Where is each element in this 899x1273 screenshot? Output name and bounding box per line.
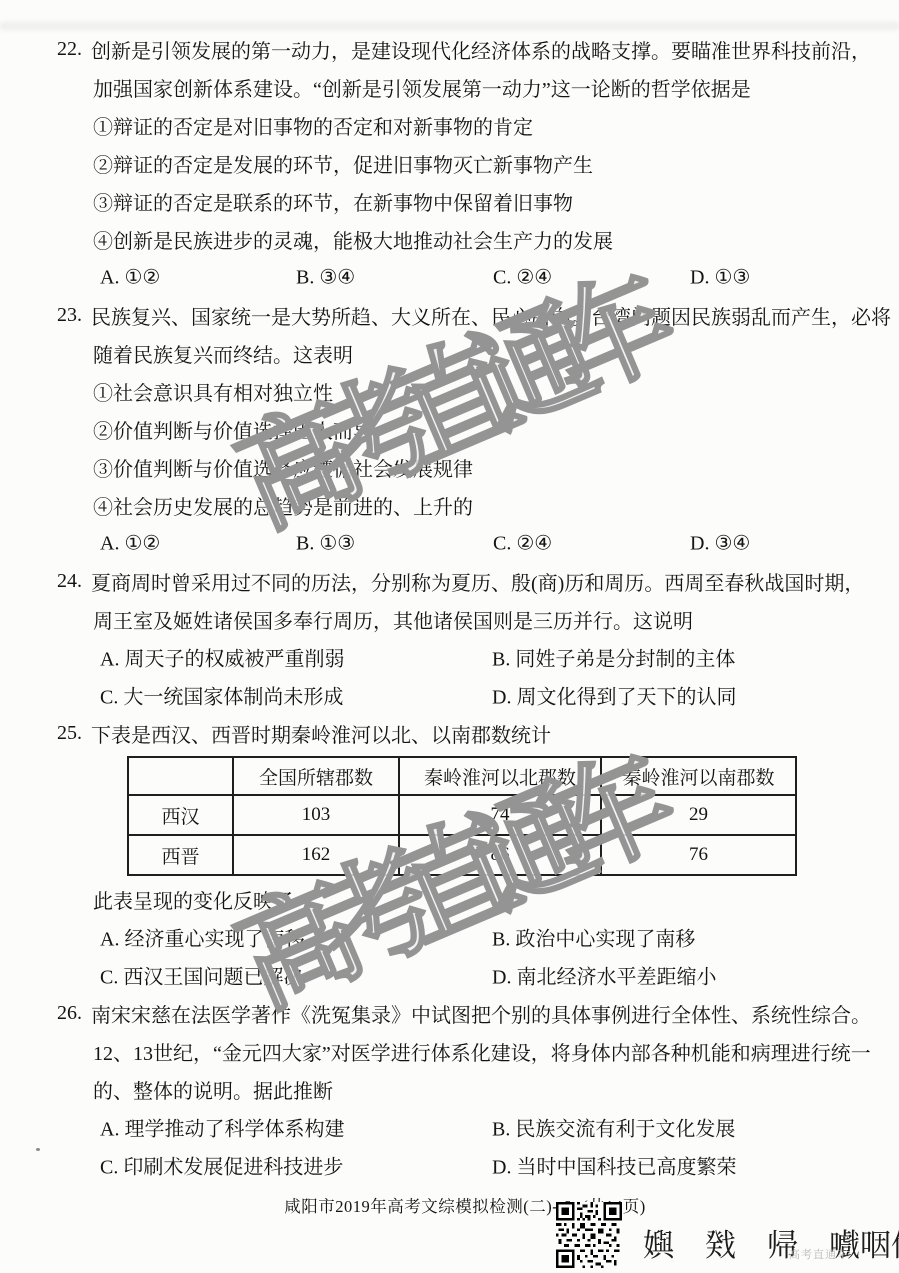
question-24: 24. 夏商周时曾采用过不同的历法，分别称为夏历、殷(商)历和周历。西周至春秋战… — [57, 562, 873, 714]
stem-line: 周王室及姬姓诸侯国多奉行周历，其他诸侯国则是三历并行。这说明 — [57, 600, 873, 638]
option-d: D. ③④ — [690, 531, 750, 556]
options-row: A. 经济重心实现了南移 B. 政治中心实现了南移 — [57, 918, 873, 956]
exam-page: 22. 创新是引领发展的第一动力，是建设现代化经济体系的战略支撑。要瞄准世界科技… — [0, 0, 899, 1273]
option-b: B. 民族交流有利于文化发展 — [492, 1113, 735, 1142]
qr-caption-text: 嬩 戣 帰 嚱咽伇㓹 — [643, 1220, 899, 1265]
stem-line: 此表呈现的变化反映了 — [57, 880, 873, 918]
option-c: C. ②④ — [493, 531, 552, 556]
option-d: D. 周文化得到了天下的认同 — [492, 681, 736, 710]
stem-line: 南宋宋慈在法医学著作《洗冤集录》中试图把个别的具体事例进行全体性、系统性综合。 — [91, 999, 871, 1028]
option-d: D. ①③ — [690, 265, 750, 290]
option-a: A. ①② — [100, 531, 160, 556]
table-header-cell: 全国所辖郡数 — [233, 757, 399, 795]
table-cell: 103 — [233, 795, 399, 835]
question-stem-row: 25. 下表是西汉、西晋时期秦岭淮河以北、以南郡数统计 — [57, 714, 873, 752]
option-c: C. 大一统国家体制尚未形成 — [100, 681, 343, 710]
table-row: 西汉 103 74 29 — [128, 795, 796, 835]
table-cell: 29 — [601, 795, 796, 835]
question-stem-row: 23. 民族复兴、国家统一是大势所趋、大义所在、民心所向。台湾问题因民族弱乱而产… — [57, 296, 873, 334]
option-a: A. 理学推动了科学体系构建 — [100, 1113, 344, 1142]
option-b: B. 同姓子弟是分封制的主体 — [492, 643, 735, 672]
table-cell: 76 — [601, 835, 796, 875]
options-row: A. ①② B. ①③ C. ②④ D. ③④ — [57, 524, 873, 562]
table-row: 西晋 162 86 76 — [128, 835, 796, 875]
stem-line: 随着民族复兴而终结。这表明 — [57, 334, 873, 372]
table-cell: 86 — [399, 835, 601, 875]
options-row: C. 大一统国家体制尚未形成 D. 周文化得到了天下的认同 — [57, 676, 873, 714]
stem-line: 夏商周时曾采用过不同的历法，分别称为夏历、殷(商)历和周历。西周至春秋战国时期， — [91, 567, 864, 596]
question-number: 24. — [57, 570, 91, 593]
options-row: A. 周天子的权威被严重削弱 B. 同姓子弟是分封制的主体 — [57, 638, 873, 676]
page-footer: 咸阳市2019年高考文综模拟检测(二)- 6 -(共14页) — [57, 1190, 873, 1220]
option-a: A. ①② — [100, 265, 160, 290]
option-b: B. 政治中心实现了南移 — [492, 923, 695, 952]
item-line: ④创新是民族进步的灵魂，能极大地推动社会生产力的发展 — [57, 220, 873, 258]
page-content: 22. 创新是引领发展的第一动力，是建设现代化经济体系的战略支撑。要瞄准世界科技… — [0, 0, 899, 1220]
stem-line: 加强国家创新体系建设。“创新是引领发展第一动力”这一论断的哲学依据是 — [57, 68, 873, 106]
question-22: 22. 创新是引领发展的第一动力，是建设现代化经济体系的战略支撑。要瞄准世界科技… — [57, 30, 873, 296]
question-number: 25. — [57, 722, 91, 745]
table-header-cell: 秦岭淮河以北郡数 — [399, 757, 601, 795]
stem-line: 12、13世纪，“金元四大家”对医学进行体系化建设，将身体内部各种机能和病理进行… — [57, 1032, 873, 1070]
option-a: A. 经济重心实现了南移 — [100, 923, 304, 952]
table-cell: 西晋 — [128, 835, 233, 875]
stem-line: 下表是西汉、西晋时期秦岭淮河以北、以南郡数统计 — [91, 719, 551, 748]
question-number: 26. — [57, 1002, 91, 1025]
question-stem-row: 24. 夏商周时曾采用过不同的历法，分别称为夏历、殷(商)历和周历。西周至春秋战… — [57, 562, 873, 600]
table-header-row: 全国所辖郡数 秦岭淮河以北郡数 秦岭淮河以南郡数 — [128, 757, 796, 795]
options-row: A. 理学推动了科学体系构建 B. 民族交流有利于文化发展 — [57, 1108, 873, 1146]
item-line: ④社会历史发展的总趋势是前进的、上升的 — [57, 486, 873, 524]
item-line: ①社会意识具有相对独立性 — [57, 372, 873, 410]
option-b: B. ③④ — [296, 265, 355, 290]
option-d: D. 南北经济水平差距缩小 — [492, 961, 716, 990]
options-row: C. 印刷术发展促进科技进步 D. 当时中国科技已高度繁荣 — [57, 1146, 873, 1184]
table-header-cell — [128, 757, 233, 795]
stem-line: 创新是引领发展的第一动力，是建设现代化经济体系的战略支撑。要瞄准世界科技前沿， — [91, 35, 871, 64]
option-d: D. 当时中国科技已高度繁荣 — [492, 1151, 736, 1180]
question-number: 22. — [57, 38, 91, 61]
qr-code-icon — [556, 1202, 622, 1268]
stem-line: 的、整体的说明。据此推断 — [57, 1070, 873, 1108]
commandery-statistics-table: 全国所辖郡数 秦岭淮河以北郡数 秦岭淮河以南郡数 西汉 103 74 29 西晋… — [127, 756, 797, 876]
item-line: ③价值判断与价值选择应遵循社会发展规律 — [57, 448, 873, 486]
question-number: 23. — [57, 304, 91, 327]
question-26: 26. 南宋宋慈在法医学著作《洗冤集录》中试图把个别的具体事例进行全体性、系统性… — [57, 994, 873, 1184]
question-stem-row: 22. 创新是引领发展的第一动力，是建设现代化经济体系的战略支撑。要瞄准世界科技… — [57, 30, 873, 68]
table-cell: 西汉 — [128, 795, 233, 835]
options-row: C. 西汉王国问题已解决 D. 南北经济水平差距缩小 — [57, 956, 873, 994]
question-23: 23. 民族复兴、国家统一是大势所趋、大义所在、民心所向。台湾问题因民族弱乱而产… — [57, 296, 873, 562]
table-cell: 162 — [233, 835, 399, 875]
option-c: C. 印刷术发展促进科技进步 — [100, 1151, 343, 1180]
question-stem-row: 26. 南宋宋慈在法医学著作《洗冤集录》中试图把个别的具体事例进行全体性、系统性… — [57, 994, 873, 1032]
question-25: 25. 下表是西汉、西晋时期秦岭淮河以北、以南郡数统计 全国所辖郡数 秦岭淮河以… — [57, 714, 873, 994]
item-line: ②价值判断与价值选择因人而异 — [57, 410, 873, 448]
item-line: ②辩证的否定是发展的环节，促进旧事物灭亡新事物产生 — [57, 144, 873, 182]
option-c: C. ②④ — [493, 265, 552, 290]
option-c: C. 西汉王国问题已解决 — [100, 961, 303, 990]
option-b: B. ①③ — [296, 531, 355, 556]
table-header-cell: 秦岭淮河以南郡数 — [601, 757, 796, 795]
watermark-small: 高考直通车 — [789, 1246, 849, 1262]
table-cell: 74 — [399, 795, 601, 835]
item-line: ③辩证的否定是联系的环节，在新事物中保留着旧事物 — [57, 182, 873, 220]
stem-line: 民族复兴、国家统一是大势所趋、大义所在、民心所向。台湾问题因民族弱乱而产生，必将 — [91, 301, 891, 330]
item-line: ①辩证的否定是对旧事物的否定和对新事物的肯定 — [57, 106, 873, 144]
option-a: A. 周天子的权威被严重削弱 — [100, 643, 344, 672]
options-row: A. ①② B. ③④ C. ②④ D. ①③ — [57, 258, 873, 296]
